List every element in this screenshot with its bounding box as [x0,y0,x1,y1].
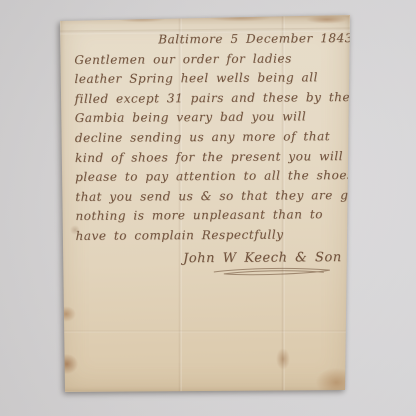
letter-line: that you send us & so that they are good [75,186,347,207]
letter-line: Gambia being veary bad you will [75,107,347,128]
signature-flourish-icon [76,265,348,280]
photo-backdrop: Baltimore 5 December 1843 Gentlemen our … [0,0,416,416]
letter-line: kind of shoes for the present you will [75,147,347,168]
letter-line: Gentlemen our order for ladies [74,49,346,70]
letter-line: leather Spring heel wells being all [74,68,346,89]
letter-line: nothing is more unpleasant than to [75,205,347,226]
letter-dateline: Baltimore 5 December 1843 [158,29,346,50]
letter-line: have to complain Respectfully [76,225,348,246]
letter-text: Baltimore 5 December 1843 Gentlemen our … [74,29,348,280]
paper-sheet: Baltimore 5 December 1843 Gentlemen our … [0,0,416,416]
letter-line: filled except 31 pairs and these by the [75,88,347,109]
letter-line: decline sending us any more of that [75,127,347,148]
letter-line: please to pay attention to all the shoes [75,166,347,187]
letter-paper: Baltimore 5 December 1843 Gentlemen our … [0,0,416,416]
